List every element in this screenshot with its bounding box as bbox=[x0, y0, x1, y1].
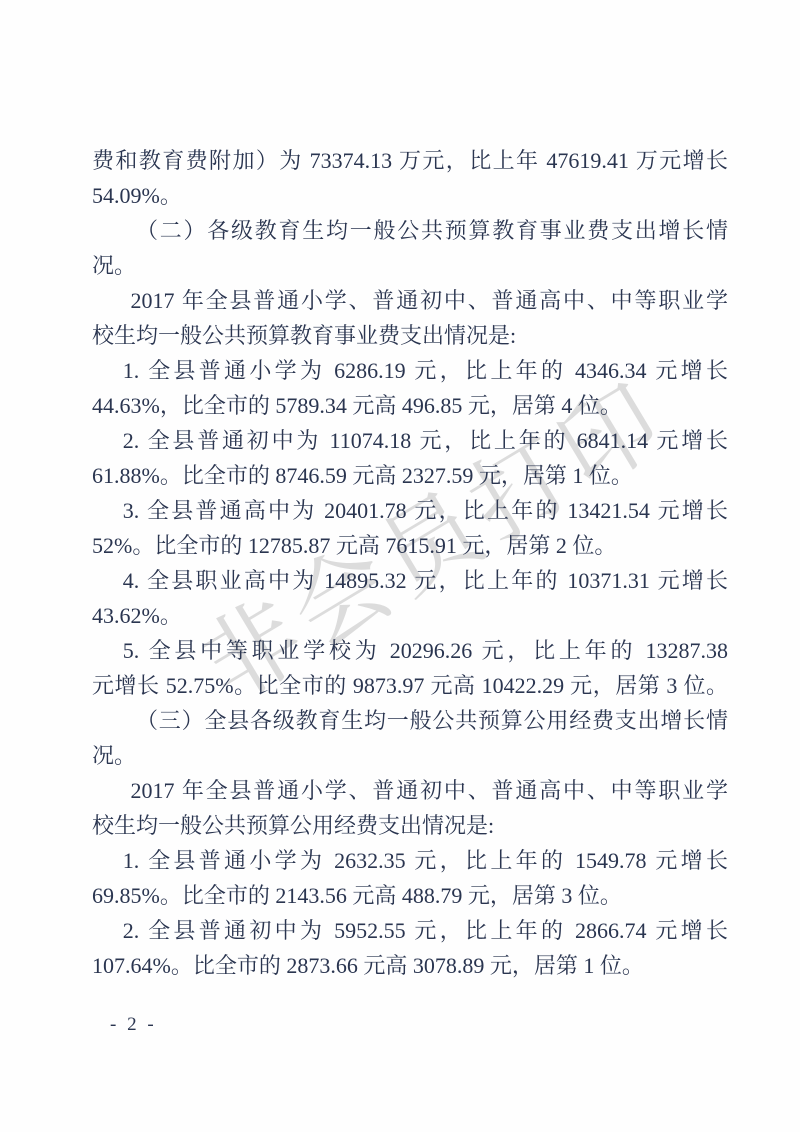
text-line: 69.85%。比全市的 2143.56 元高 488.79 元，居第 3 位。 bbox=[92, 878, 728, 913]
text-line: 44.63%，比全市的 5789.34 元高 496.85 元，居第 4 位。 bbox=[92, 388, 728, 423]
document-body: 费和教育费附加）为 73374.13 万元，比上年 47619.41 万元增长 … bbox=[92, 143, 728, 983]
document-page: 非会员打印 费和教育费附加）为 73374.13 万元，比上年 47619.41… bbox=[0, 0, 800, 1132]
text-line: 2017 年全县普通小学、普通初中、普通高中、中等职业学 bbox=[92, 773, 728, 808]
text-line: 52%。比全市的 12785.87 元高 7615.91 元，居第 2 位。 bbox=[92, 528, 728, 563]
text-line: 2017 年全县普通小学、普通初中、普通高中、中等职业学 bbox=[92, 283, 728, 318]
section-heading: （三）全县各级教育生均一般公共预算公用经费支出增长情 bbox=[92, 703, 728, 738]
text-line: 54.09%。 bbox=[92, 178, 728, 213]
text-line: 况。 bbox=[92, 248, 728, 283]
text-line: 3. 全县普通高中为 20401.78 元，比上年的 13421.54 元增长 bbox=[92, 493, 728, 528]
text-line: 费和教育费附加）为 73374.13 万元，比上年 47619.41 万元增长 bbox=[92, 143, 728, 178]
text-line: 校生均一般公共预算公用经费支出情况是: bbox=[92, 808, 728, 843]
text-line: 2. 全县普通初中为 5952.55 元，比上年的 2866.74 元增长 bbox=[92, 913, 728, 948]
text-line: 元增长 52.75%。比全市的 9873.97 元高 10422.29 元，居第… bbox=[92, 668, 728, 703]
text-line: 61.88%。比全市的 8746.59 元高 2327.59 元，居第 1 位。 bbox=[92, 458, 728, 493]
text-line: 4. 全县职业高中为 14895.32 元，比上年的 10371.31 元增长 bbox=[92, 563, 728, 598]
section-heading: （二）各级教育生均一般公共预算教育事业费支出增长情 bbox=[92, 213, 728, 248]
text-line: 43.62%。 bbox=[92, 598, 728, 633]
text-line: 107.64%。比全市的 2873.66 元高 3078.89 元，居第 1 位… bbox=[92, 948, 728, 983]
page-number: - 2 - bbox=[110, 1014, 157, 1036]
text-line: 况。 bbox=[92, 738, 728, 773]
text-line: 1. 全县普通小学为 2632.35 元，比上年的 1549.78 元增长 bbox=[92, 843, 728, 878]
text-line: 5. 全县中等职业学校为 20296.26 元，比上年的 13287.38 bbox=[92, 633, 728, 668]
text-line: 2. 全县普通初中为 11074.18 元，比上年的 6841.14 元增长 bbox=[92, 423, 728, 458]
text-line: 校生均一般公共预算教育事业费支出情况是: bbox=[92, 318, 728, 353]
text-line: 1. 全县普通小学为 6286.19 元，比上年的 4346.34 元增长 bbox=[92, 353, 728, 388]
